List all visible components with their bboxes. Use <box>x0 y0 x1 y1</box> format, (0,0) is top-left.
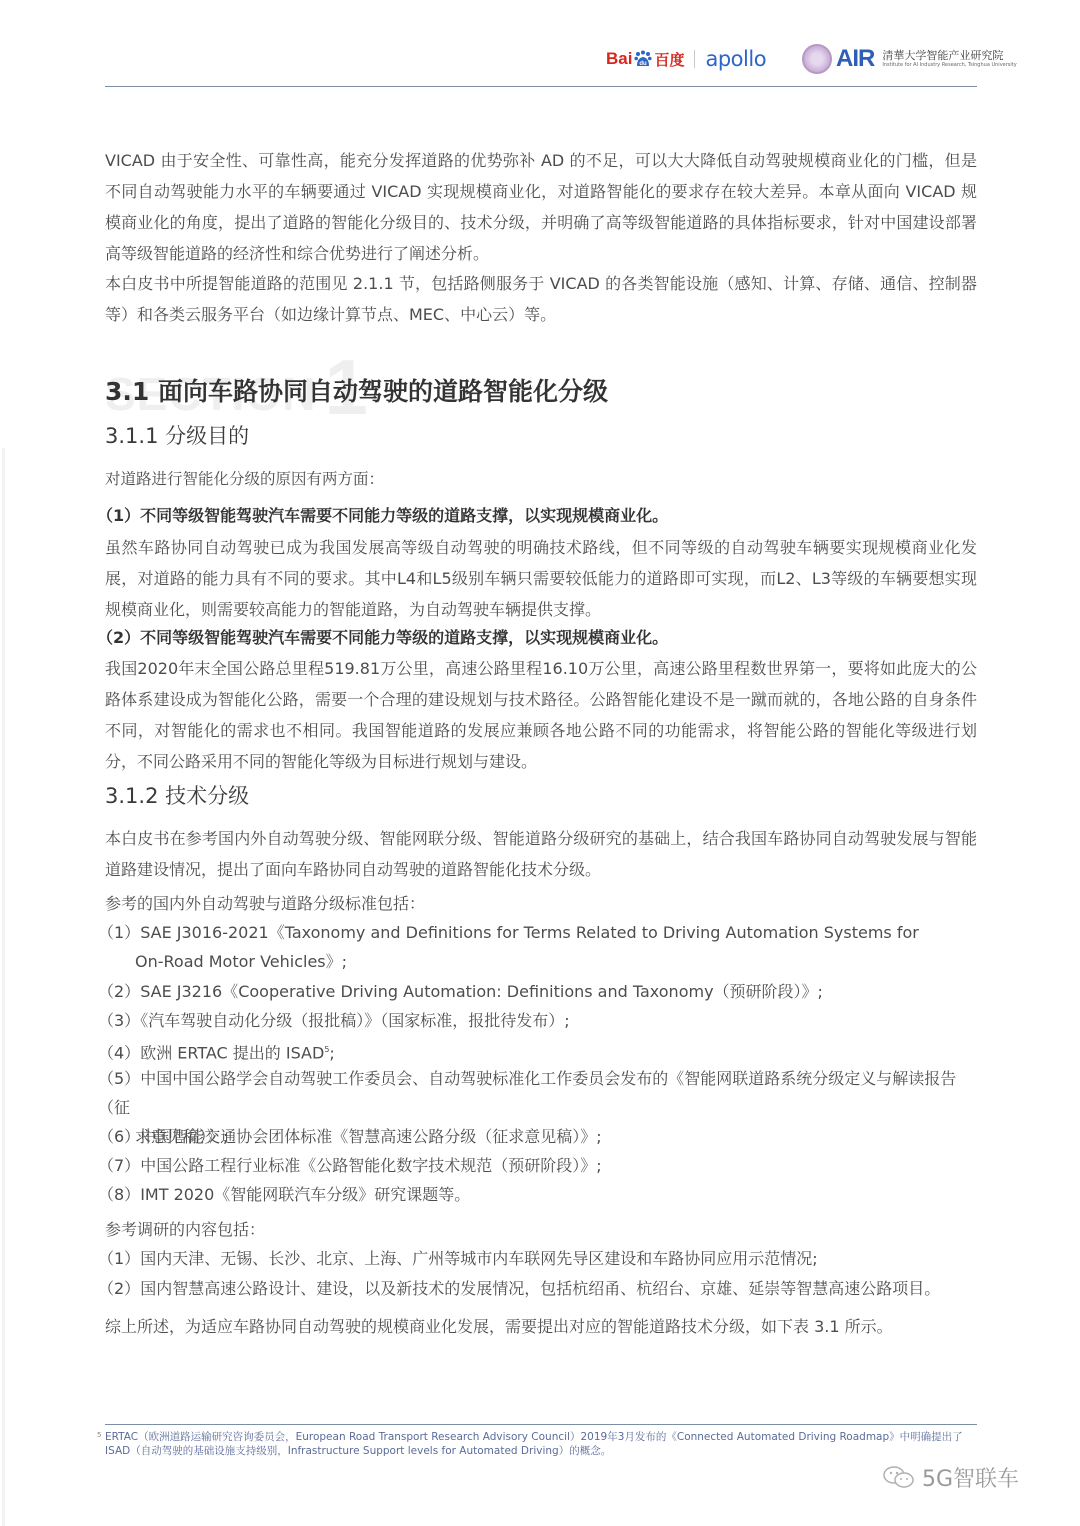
standard-number: （1） <box>98 923 140 942</box>
reason-2-body: 我国2020年末全国公路总里程519.81万公里，高速公路里程16.10万公里，… <box>105 653 977 777</box>
standard-text: SAE J3016-2021《Taxonomy and Definitions … <box>140 923 919 942</box>
standard-number: （6） <box>98 1127 140 1146</box>
reason-1-title: （1）不同等级智能驾驶汽车需要不同能力等级的道路支撑，以实现规模商业化。 <box>97 500 969 531</box>
standards-lead: 参考的国内外自动驾驶与道路分级标准包括： <box>105 888 977 919</box>
footnote: 5 ERTAC（欧洲道路运输研究咨询委员会，European Road Tran… <box>105 1430 977 1458</box>
standard-number: （2） <box>98 982 140 1001</box>
section-title: 3.1 面向车路协同自动驾驶的道路智能化分级 <box>105 372 608 408</box>
research-item: （2）国内智慧高速公路设计、建设，以及新技术的发展情况，包括杭绍甬、杭绍台、京雄… <box>98 1274 978 1303</box>
baidu-logo-chinese: 百度 <box>654 49 684 70</box>
reasons-lead: 对道路进行智能化分级的原因有两方面： <box>105 464 977 495</box>
standard-item: （7）中国公路工程行业标准《公路智能化数字技术规范（预研阶段）》; <box>98 1151 978 1180</box>
logo-separator <box>694 50 695 68</box>
research-number: （2） <box>98 1279 140 1298</box>
reason-2-title: （2）不同等级智能驾驶汽车需要不同能力等级的道路支撑，以实现规模商业化。 <box>97 622 969 653</box>
wechat-icon <box>882 1465 916 1491</box>
subsection-3-1-2-title: 3.1.2 技术分级 <box>105 780 249 810</box>
page-edge-shadow <box>2 448 5 1526</box>
standard-number: （3） <box>98 1011 140 1030</box>
svg-text:du: du <box>640 61 648 67</box>
tsinghua-seal-icon <box>802 44 832 74</box>
standard-item: （3）《汽车驾驶自动化分级（报批稿）》（国家标准，报批待发布）; <box>98 1006 978 1035</box>
standard-text-continued: On-Road Motor Vehicles》; <box>98 947 978 976</box>
air-chinese-name: 清華大学智能产业研究院 <box>882 50 1016 61</box>
air-logo-text: AIR <box>836 45 874 73</box>
standard-number: （5） <box>98 1069 140 1088</box>
air-logo-caption: 清華大学智能产业研究院 Institute for AI Industry Re… <box>882 50 1016 68</box>
tech-grading-intro: 本白皮书在参考国内外自动驾驶分级、智能网联分级、智能道路分级研究的基础上，结合我… <box>105 823 977 885</box>
header-divider <box>105 86 977 87</box>
research-item: （1）国内天津、无锡、长沙、北京、上海、广州等城市内车联网先导区建设和车路协同应… <box>98 1244 978 1273</box>
apollo-logo: apollo <box>705 47 766 71</box>
standard-item: （4）欧洲 ERTAC 提出的 ISAD5; <box>98 1035 978 1067</box>
standard-item: （6）中国智能交通协会团体标准《智慧高速公路分级（征求意见稿）》; <box>98 1122 978 1151</box>
subsection-3-1-1-title: 3.1.1 分级目的 <box>105 420 249 450</box>
standard-number: （4） <box>98 1043 140 1062</box>
standard-text: 中国智能交通协会团体标准《智慧高速公路分级（征求意见稿）》; <box>140 1127 601 1146</box>
intro-paragraph-1: VICAD 由于安全性、可靠性高，能充分发挥道路的优势弥补 AD 的不足，可以大… <box>105 145 977 269</box>
footnote-marker: 5 <box>97 1428 101 1442</box>
standard-text: 中国中国公路学会自动驾驶工作委员会、自动驾驶标准化工作委员会发布的《智能网联道路… <box>98 1069 956 1117</box>
standard-text: 中国公路工程行业标准《公路智能化数字技术规范（预研阶段）》; <box>140 1156 601 1175</box>
intro-paragraph-2: 本白皮书中所提智能道路的范围见 2.1.1 节，包括路侧服务于 VICAD 的各… <box>105 268 977 330</box>
footnote-text: ERTAC（欧洲道路运输研究咨询委员会，European Road Transp… <box>105 1431 963 1457</box>
research-lead: 参考调研的内容包括： <box>105 1214 977 1245</box>
standard-text-tail: ; <box>329 1043 334 1062</box>
baidu-paw-icon: du <box>634 50 652 68</box>
baidu-logo-latin: Bai <box>606 49 632 69</box>
research-text: 国内天津、无锡、长沙、北京、上海、广州等城市内车联网先导区建设和车路协同应用示范… <box>140 1249 817 1268</box>
standard-number: （8） <box>98 1185 140 1204</box>
standard-text: 欧洲 ERTAC 提出的 ISAD <box>140 1043 324 1062</box>
footnote-divider <box>105 1424 977 1425</box>
research-text: 国内智慧高速公路设计、建设，以及新技术的发展情况，包括杭绍甬、杭绍台、京雄、延崇… <box>140 1279 940 1298</box>
page-header: Bai du 百度 apollo AIR 清華大学智能产业研究院 Institu… <box>0 0 1080 90</box>
standard-number: （7） <box>98 1156 140 1175</box>
air-english-name: Institute for AI Industry Research, Tsin… <box>882 63 1016 68</box>
reason-1-body: 虽然车路协同自动驾驶已成为我国发展高等级自动驾驶的明确技术路线，但不同等级的自动… <box>105 532 977 625</box>
standard-text: IMT 2020《智能网联汽车分级》研究课题等。 <box>140 1185 470 1204</box>
standard-item: （2）SAE J3216《Cooperative Driving Automat… <box>98 977 978 1006</box>
air-logo: AIR 清華大学智能产业研究院 Institute for AI Industr… <box>802 42 1017 76</box>
wechat-account-name: 5G智联车 <box>922 1462 1019 1493</box>
conclusion-paragraph: 综上所述，为适应车路协同自动驾驶的规模商业化发展，需要提出对应的智能道路技术分级… <box>105 1311 977 1342</box>
standard-text: SAE J3216《Cooperative Driving Automation… <box>140 982 823 1001</box>
baidu-logo: Bai du 百度 apollo <box>606 46 766 72</box>
wechat-watermark: 5G智联车 <box>882 1462 1019 1493</box>
standard-item: （8）IMT 2020《智能网联汽车分级》研究课题等。 <box>98 1180 978 1209</box>
standard-text: 《汽车驾驶自动化分级（报批稿）》（国家标准，报批待发布）; <box>140 1011 569 1030</box>
standard-item: （1）SAE J3016-2021《Taxonomy and Definitio… <box>98 918 978 976</box>
research-number: （1） <box>98 1249 140 1268</box>
